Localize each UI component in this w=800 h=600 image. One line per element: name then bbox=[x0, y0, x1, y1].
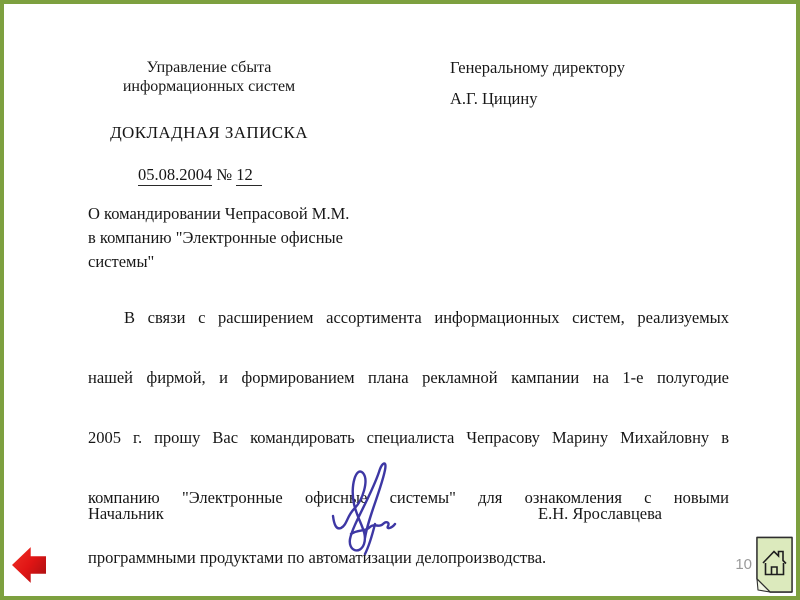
signer-name: Е.Н. Ярославцева bbox=[538, 504, 662, 524]
document-number: 12 bbox=[236, 165, 262, 186]
body-line: нашей фирмой, и формированием плана рекл… bbox=[88, 363, 729, 423]
number-sign: № bbox=[216, 165, 232, 184]
date-number-line: 05.08.2004 № 12 bbox=[138, 165, 262, 185]
signer-title: Начальник bbox=[88, 504, 164, 524]
department-line2: информационных систем bbox=[123, 78, 295, 95]
back-arrow-button[interactable] bbox=[12, 546, 46, 584]
subject-line: О командировании Чепрасовой М.М. bbox=[88, 202, 408, 226]
subject-line: системы" bbox=[88, 250, 408, 274]
handwritten-signature bbox=[323, 458, 419, 560]
document-date: 05.08.2004 bbox=[138, 165, 212, 186]
recipient-block: Генеральному директору А.Г. Цицину bbox=[450, 58, 710, 109]
slide: Управление сбыта информационных систем Г… bbox=[0, 0, 800, 600]
department-block: Управление сбыта информационных систем bbox=[106, 58, 312, 96]
home-button[interactable] bbox=[754, 536, 795, 594]
home-icon bbox=[754, 536, 795, 594]
recipient-title: Генеральному директору bbox=[450, 58, 710, 78]
document-title: ДОКЛАДНАЯ ЗАПИСКА bbox=[106, 123, 312, 143]
page-number: 10 bbox=[728, 556, 752, 573]
subject-line: в компанию "Электронные офисные bbox=[88, 226, 408, 250]
recipient-name: А.Г. Цицину bbox=[450, 89, 710, 109]
department-line1: Управление сбыта bbox=[147, 59, 272, 76]
subject-block: О командировании Чепрасовой М.М. в компа… bbox=[88, 202, 408, 274]
body-line: В связи с расширением ассортимента инфор… bbox=[88, 303, 729, 363]
